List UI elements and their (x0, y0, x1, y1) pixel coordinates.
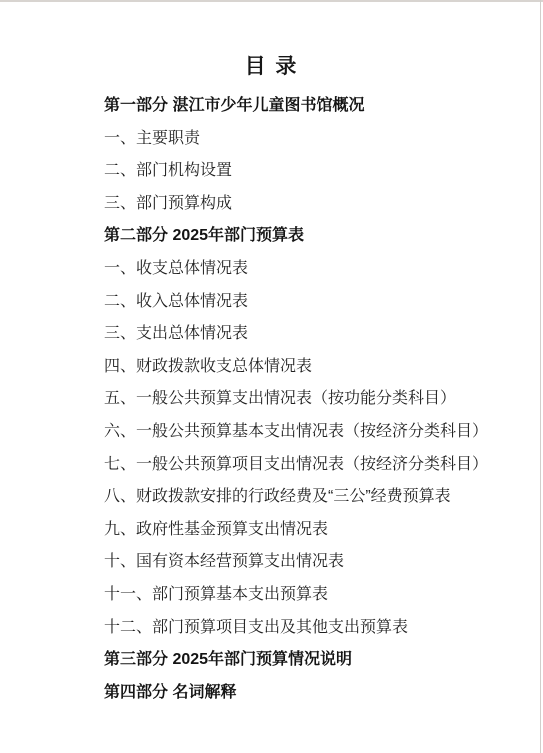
toc-item: 一、收支总体情况表 (104, 253, 513, 286)
toc-item: 二、部门机构设置 (104, 155, 513, 188)
toc-item: 一、主要职责 (104, 123, 513, 156)
toc-item: 十、国有资本经营预算支出情况表 (104, 546, 513, 579)
page-top-edge (0, 0, 543, 2)
toc-item-part-1: 第一部分 湛江市少年儿童图书馆概况 (104, 90, 513, 123)
toc-item: 十二、部门预算项目支出及其他支出预算表 (104, 612, 513, 645)
document-page: 目 录 第一部分 湛江市少年儿童图书馆概况 一、主要职责 二、部门机构设置 三、… (0, 0, 543, 753)
toc-item: 九、政府性基金预算支出情况表 (104, 514, 513, 547)
toc-item: 四、财政拨款收支总体情况表 (104, 351, 513, 384)
toc-item: 七、一般公共预算项目支出情况表（按经济分类科目） (104, 449, 513, 482)
toc-item-part-3: 第三部分 2025年部门预算情况说明 (104, 644, 513, 677)
toc-item: 十一、部门预算基本支出预算表 (104, 579, 513, 612)
toc-item: 三、部门预算构成 (104, 188, 513, 221)
toc-item: 八、财政拨款安排的行政经费及“三公”经费预算表 (104, 481, 513, 514)
toc-item: 五、一般公共预算支出情况表（按功能分类科目） (104, 383, 513, 416)
toc-item: 二、收入总体情况表 (104, 286, 513, 319)
toc-item: 六、一般公共预算基本支出情况表（按经济分类科目） (104, 416, 513, 449)
toc-item: 三、支出总体情况表 (104, 318, 513, 351)
table-of-contents: 第一部分 湛江市少年儿童图书馆概况 一、主要职责 二、部门机构设置 三、部门预算… (0, 90, 543, 709)
page-right-edge (540, 0, 541, 753)
toc-item-part-4: 第四部分 名词解释 (104, 677, 513, 710)
page-title: 目 录 (0, 0, 543, 80)
toc-item-part-2: 第二部分 2025年部门预算表 (104, 220, 513, 253)
